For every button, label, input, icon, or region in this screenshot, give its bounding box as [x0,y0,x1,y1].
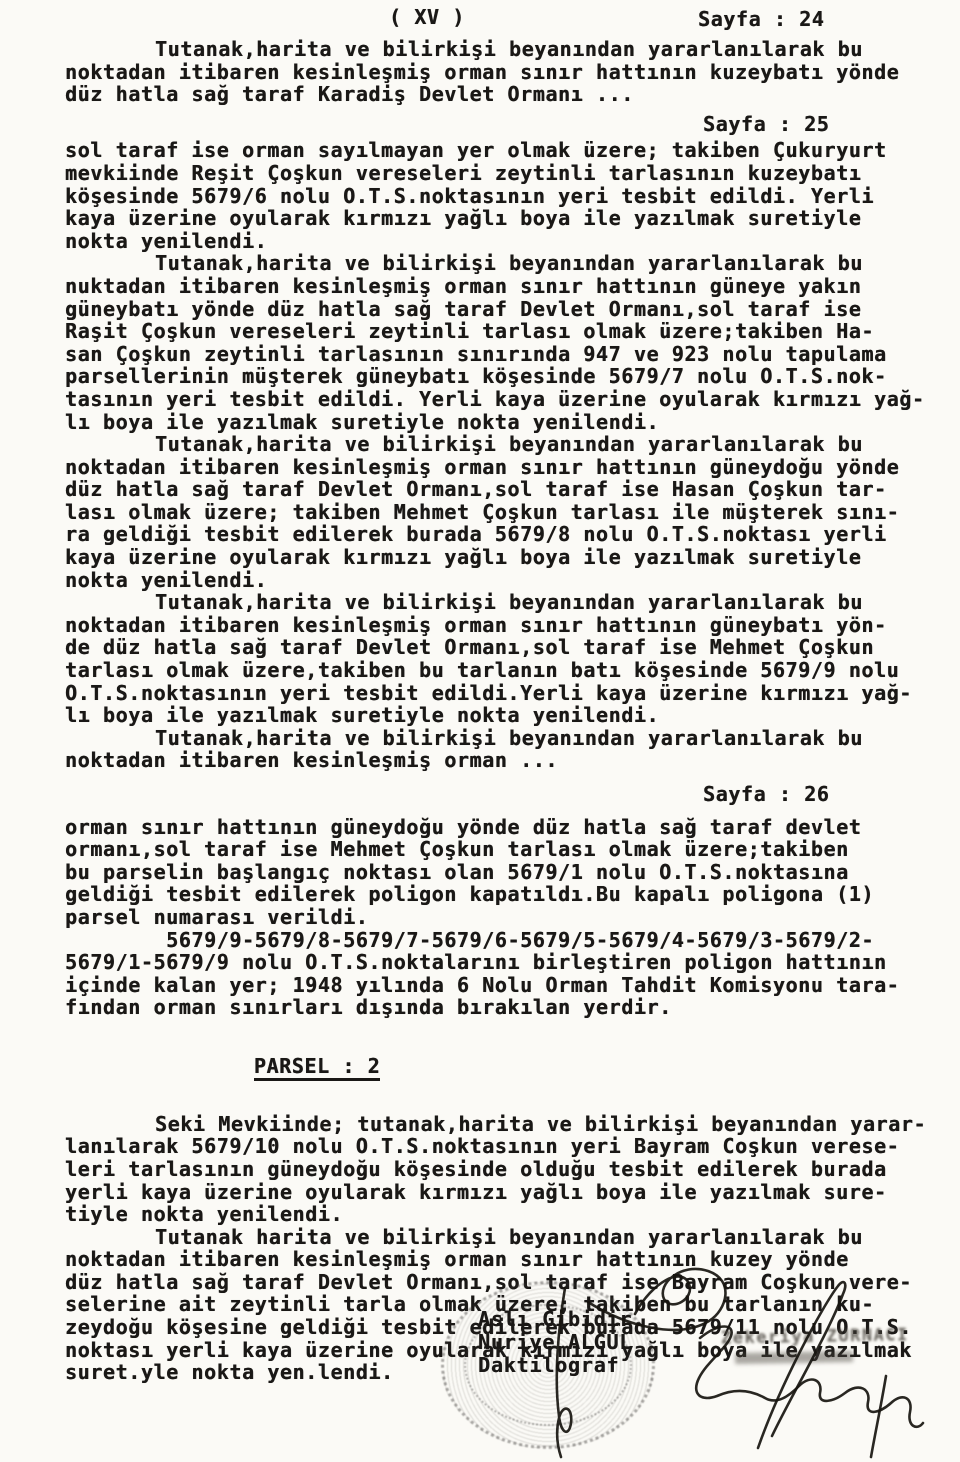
paragraph-3: Tutanak,harita ve bilirkişi beyanından y… [65,252,935,433]
document-body: ( XV ) Sayfa : 24 Tutanak,harita ve bili… [65,6,935,1384]
page-26-label: Sayfa : 26 [703,783,935,806]
parsel-2-heading: PARSEL : 2 [178,1032,935,1104]
paragraph-5: Tutanak,harita ve bilirkişi beyanından y… [65,591,935,727]
page-25-label: Sayfa : 25 [703,113,935,136]
paragraph-7: orman sınır hattının güneydoğu yönde düz… [65,816,935,1019]
paragraph-4: Tutanak,harita ve bilirkişi beyanından y… [65,433,935,591]
paragraph-1: Tutanak,harita ve bilirkişi beyanından y… [65,38,935,106]
volume-number: ( XV ) [389,6,465,29]
scanned-document-page: ( XV ) Sayfa : 24 Tutanak,harita ve bili… [0,0,960,1462]
paragraph-2: sol taraf ise orman sayılmayan yer olmak… [65,139,935,252]
paragraph-8: Seki Mevkiinde; tutanak,harita ve bilirk… [65,1113,935,1226]
parsel-2-heading-text: PARSEL : 2 [254,1055,380,1082]
document-header: ( XV ) Sayfa : 24 [65,6,935,38]
right-signature [672,1250,957,1462]
paragraph-6: Tutanak,harita ve bilirkişi beyanından y… [65,727,935,772]
page-24-label: Sayfa : 24 [698,8,824,31]
